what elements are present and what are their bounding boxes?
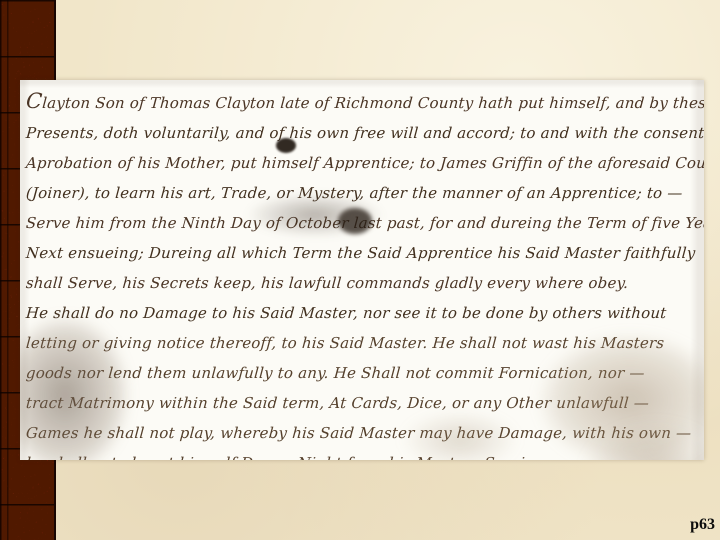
document-line: he shall not absent himself Day or Night… [25,448,701,460]
document-line: letting or giving notice thereoff, to hi… [25,328,701,358]
document-line: tract Matrimony within the Said term, At… [25,388,701,418]
presentation-slide: Clayton Son of Thomas Clayton late of Ri… [0,0,720,540]
document-line: goods nor lend them unlawfully to any. H… [25,358,701,388]
document-line: Clayton Son of Thomas Clayton late of Ri… [25,86,701,118]
document-line: He shall do no Damage to his Said Master… [25,298,701,328]
document-line: Aprobation of his Mother, put himself Ap… [25,148,701,178]
page-number-label: p63 [690,516,715,534]
document-line: Next ensueing; Dureing all which Term th… [25,238,701,268]
handwritten-text-block: Clayton Son of Thomas Clayton late of Ri… [20,80,704,460]
document-line: Games he shall not play, whereby his Sai… [25,418,701,448]
document-line: Presents, doth voluntarily, and of his o… [25,118,701,148]
document-image: Clayton Son of Thomas Clayton late of Ri… [20,80,704,460]
document-line: (Joiner), to learn his art, Trade, or My… [25,178,701,208]
document-line: shall Serve, his Secrets keep, his lawfu… [25,268,701,298]
document-line: Serve him from the Ninth Day of October … [25,208,701,238]
